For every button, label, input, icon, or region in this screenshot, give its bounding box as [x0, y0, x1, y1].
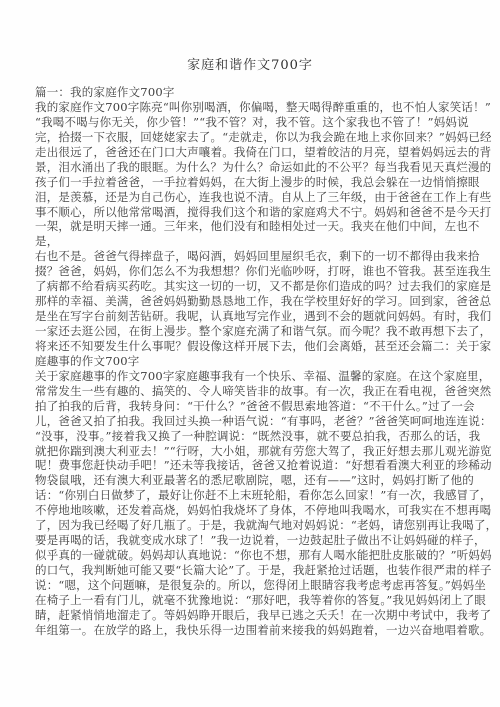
essay-line: 话：“你别白日做梦了，最好让你赶不上末班轮船，看你怎么回家！”有一次，我感冒了， [35, 488, 469, 503]
essay-line: 是坐在写字台前刻苦钻研。我呢，认真地写完作业，遇到不会的题就问妈妈。有时，我们 [35, 309, 469, 324]
essay-line: 了病都不给看病买药吃。其实这一切的一切，又不都是你们造成的吗？过去我们的家庭是 [35, 279, 469, 294]
essay-line: 不停地地咳嗽，还发着高烧，妈妈怕我烧坏了身体，不停地叫我喝水，可我实在不想再喝 [35, 503, 469, 518]
essay-line: 呢！费事您赶快动手吧！”还未等我接话，爸爸又抢着说道：“好想看看澳大利亚的珍稀动 [35, 458, 469, 473]
essay-line: “没事，没事。”接着我又换了一种腔调说：“既然没事，就不要总拍我，否那么的话，我 [35, 429, 469, 444]
essay-line: 似乎真的一碰就破。妈妈却认真地说：“你也不想，那有人喝水能把肚皮胀破的？”听妈妈 [35, 548, 469, 563]
essay-line: 那样的幸福、美满，爸爸妈妈勤勤恳恳地工作，我在学校里好好的学习。回到家，爸爸总 [35, 294, 469, 309]
essay-line: 说：“嗯，这个问题嘛，是很复杂的。所以，您得闭上眼睛容我考虑考虑再答复。”妈妈坐 [35, 578, 469, 593]
document-title: 家庭和谐作文700字 [0, 54, 500, 73]
essay-line: 我的家庭作文700字陈亮“叫你别喝酒，你偏喝，整天喝得醉重重的，也不怕人家笑话！… [35, 100, 469, 115]
essay-line: “我喝不喝与你无关，你少管！”“我不管？对，我不管。这个家我也不管了！”妈妈说 [35, 115, 469, 130]
essay-line: 一架，就是明天摔一通。三年来，他们没有和睦相处过一天。我夹在他们中间，左也不 [35, 219, 469, 234]
essay-line: 的口气，我判断她可能又要“长篇大论”了。于是，我赶紧抢过话题，也装作很严肃的样子 [35, 563, 469, 578]
essay-line: 拍了拍我的后背，我转身问：“干什么？”爸爸不假思索地答道：“不干什么。”过了一会 [35, 399, 469, 414]
essay-line: 完，拾掇一下衣服，回姥姥家去了。“走就走，你以为我会跪在地上求你回来？”妈妈已经 [35, 130, 469, 145]
essay-line: 关于家庭趣事的作文700字家庭趣事我有一个快乐、幸福、温馨的家庭。在这个家庭里， [35, 369, 469, 384]
essay-line: 在椅子上一看有门儿，就毫不犹豫地说：“那好吧，我等着你的答复。”我见妈妈闭上了眼 [35, 593, 469, 608]
essay-line: 一家还去逛公园，在街上漫步。整个家庭充满了和谐气氛。而今呢？我不敢再想下去了， [35, 324, 469, 339]
essay-line: 事不顺心，所以他常常喝酒，搅得我们这个和谐的家庭鸡犬不宁。妈妈和爸爸不是今天打 [35, 205, 469, 220]
essay-body: 篇一：我的家庭作文700字我的家庭作文700字陈亮“叫你别喝酒，你偏喝，整天喝得… [35, 85, 469, 638]
essay-line: 年组第一。在放学的路上，我快乐得一边围着前来接我的妈妈跑着，一边兴奋地唱着歌。 [35, 623, 469, 638]
essay-line: 物袋鼠哦，还有澳大利亚最著名的悉尼歌剧院，嗯，还有——”这时，妈妈打断了他的 [35, 473, 469, 488]
essay-line: 孩子们一手拉着爸爸，一手拉着妈妈，在大街上漫步的时候，我总会躲在一边悄悄擦眼 [35, 175, 469, 190]
document-page: 家庭和谐作文700字 篇一：我的家庭作文700字我的家庭作文700字陈亮“叫你别… [0, 0, 500, 707]
essay-line: 儿，爸爸又拍了拍我。我回过头换一种语气说：“有事吗，老爸？”爸爸笑呵呵地连连说： [35, 414, 469, 429]
essay-line: 要是再喝的话，我就变成水球了！”我一边说着，一边鼓起肚子做出不让妈妈碰的样子， [35, 533, 469, 548]
essay-line: 就把你踹到澳大利亚去！”“行呀，大小姐，那就有劳您大驾了，我正好想去那儿观光游览 [35, 444, 469, 459]
essay-line: 右也不是。爸爸气得摔盘子，喝闷酒，妈妈回里屋织毛衣，剩下的一切不都得由我来拾 [35, 249, 469, 264]
essay-line: 是， [35, 234, 469, 249]
essay-line: 掇？爸爸，妈妈，你们怎么不为我想想？你们光临吵呀，打呀，谁也不管我。甚至连我生 [35, 264, 469, 279]
essay-line: 将来还不知要发生什么事呢？假设像这样开展下去，他们会离婚，甚至还会篇二：关于家 [35, 339, 469, 354]
essay-line: 了，因为我已经喝了好几瓶了。于是，我就淘气地对妈妈说：“老妈，请您别再让我喝了， [35, 518, 469, 533]
essay-line: 庭趣事的作文700字 [35, 354, 469, 369]
essay-line: 睛，赶紧悄悄地溜走了。等妈妈睁开眼后，我早已逃之夭夭！在一次期中考试中，我考了 [35, 608, 469, 623]
essay-line: 篇一：我的家庭作文700字 [35, 85, 469, 100]
essay-line: 走出很远了，爸爸还在门口大声嚷着。我倚在门口，望着皎洁的月亮，望着妈妈远去的背 [35, 145, 469, 160]
essay-line: 常常发生一些有趣的、搞笑的、令人啼笑皆非的故事。有一次，我正在看电视，爸爸突然 [35, 384, 469, 399]
essay-line: 景，泪水涌出了我的眼眶。为什么？为什么？命运如此的不公平？每当我看见天真烂漫的 [35, 160, 469, 175]
essay-line: 泪，是羡慕，还是为自己伤心，连我也说不清。自从上了三年级，由于爸爸在工作上有些 [35, 190, 469, 205]
